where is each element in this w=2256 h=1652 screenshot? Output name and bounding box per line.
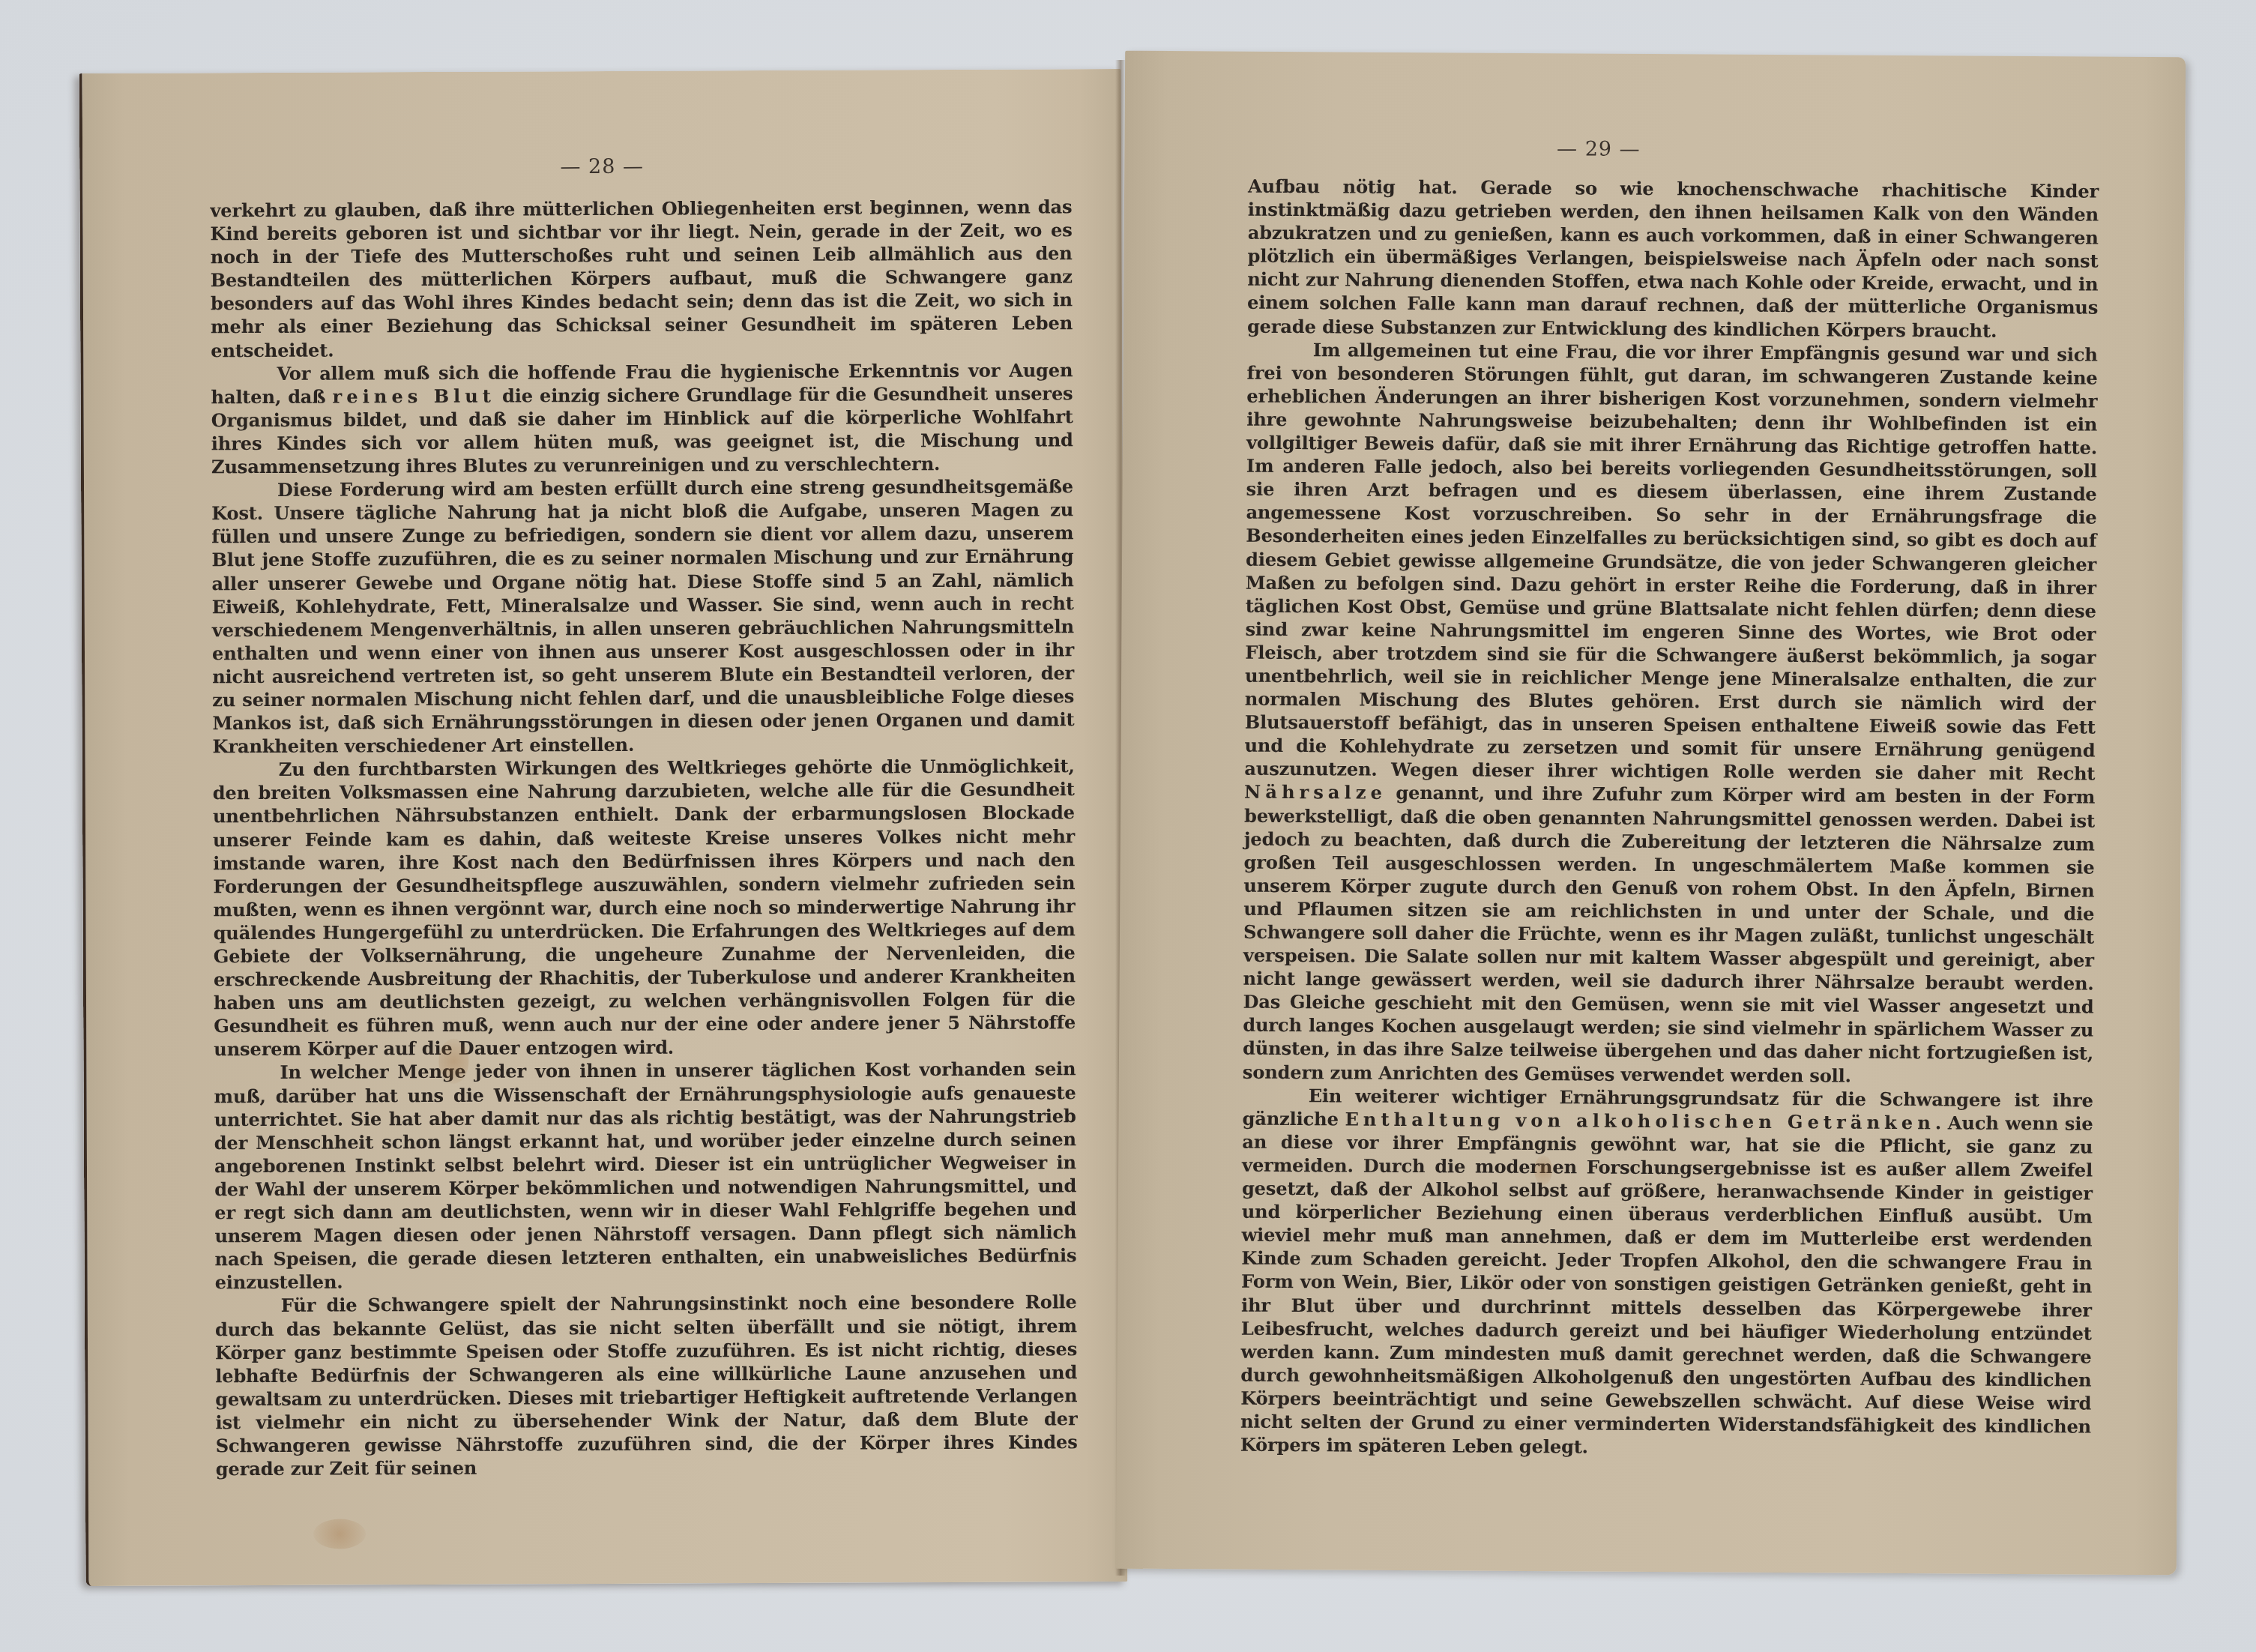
paragraph: Zu den furchtbarsten Wirkungen des Weltk… [213, 755, 1076, 1061]
paragraph-text: . Auch wenn sie an diese vor ihrer Empfä… [1240, 1112, 2093, 1457]
left-page: — 28 — verkehrt zu glauben, daß ihre müt… [79, 69, 1128, 1586]
paragraph-text: In welcher Menge jeder von ihnen in unse… [214, 1058, 1076, 1294]
paragraph-text: Diese Forderung wird am besten erfüllt d… [211, 475, 1074, 757]
paragraph-text: Zu den furchtbarsten Wirkungen des Weltk… [213, 756, 1076, 1061]
paragraph-text: Im allgemeinen tut eine Frau, die vor ih… [1244, 339, 2098, 785]
paragraph: Ein weiterer wichtiger Ernährungsgrundsa… [1240, 1083, 2093, 1461]
paragraph: Für die Schwangere spielt der Nahrungsin… [215, 1291, 1078, 1481]
page-number-right: — 29 — [1116, 134, 2186, 165]
paragraph-text: Aufbau nötig hat. Gerade so wie knochens… [1247, 175, 2099, 342]
emphasized-text: reines Blut [332, 385, 495, 407]
emphasized-text: Nährsalze [1244, 781, 1387, 804]
page-number-left: — 28 — [82, 153, 1121, 181]
paper-stain [1534, 1155, 1552, 1185]
paragraph: verkehrt zu glauben, daß ihre mütterlich… [210, 195, 1073, 362]
open-booklet: — 28 — verkehrt zu glauben, daß ihre müt… [0, 0, 2256, 1652]
emphasized-text: Enthaltung von alkoholischen Getränken [1345, 1108, 1935, 1133]
paragraph: In welcher Menge jeder von ihnen in unse… [214, 1058, 1076, 1294]
paragraph: Im allgemeinen tut eine Frau, die vor ih… [1243, 337, 2098, 1088]
right-page-text: Aufbau nötig hat. Gerade so wie knochens… [1240, 175, 2099, 1462]
left-page-text: verkehrt zu glauben, daß ihre mütterlich… [210, 195, 1077, 1480]
paragraph-text: verkehrt zu glauben, daß ihre mütterlich… [210, 196, 1073, 361]
paragraph-text: Für die Schwangere spielt der Nahrungsin… [215, 1291, 1078, 1480]
paper-stain [438, 1039, 468, 1084]
paragraph: Diese Forderung wird am besten erfüllt d… [211, 474, 1075, 758]
paragraph: Vor allem muß sich die hoffende Frau die… [211, 358, 1073, 478]
paragraph-text: genannt, und ihre Zufuhr zum Körper wird… [1243, 782, 2095, 1086]
right-page: — 29 — Aufbau nötig hat. Gerade so wie k… [1116, 51, 2186, 1576]
paper-stain [313, 1519, 366, 1549]
paragraph: Aufbau nötig hat. Gerade so wie knochens… [1247, 175, 2099, 343]
